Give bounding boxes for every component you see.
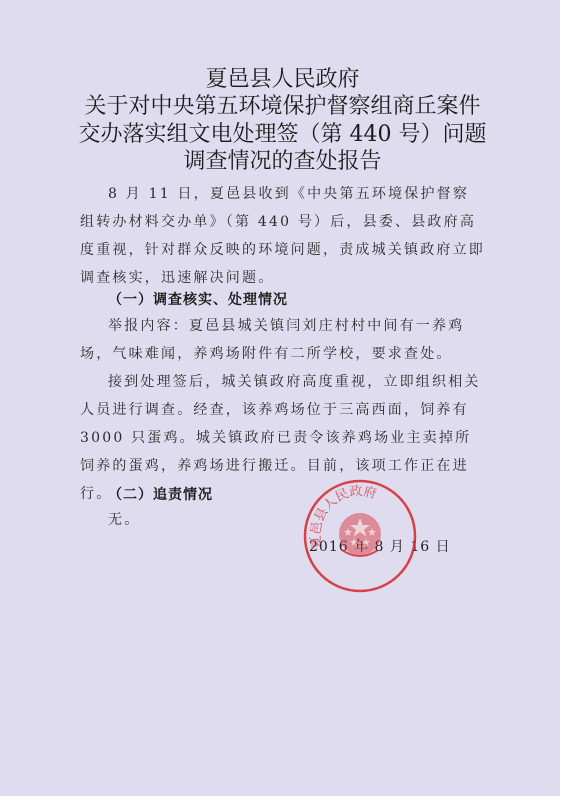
document-title-line-2: 关于对中央第五环境保护督察组商丘案件 <box>0 93 565 120</box>
section-1-heading: （一）调查核实、处理情况 <box>108 289 288 309</box>
section-2-heading: （二）追责情况 <box>108 484 213 504</box>
intro-paragraph: 8 月 11 日，夏邑县收到《中央第五环境保护督察组转办材料交办单》（第 440… <box>80 180 485 292</box>
document-title-line-4: 调查情况的查处报告 <box>0 148 565 175</box>
document-title-line-3: 交办落实组文电处理签（第 440 号）问题 <box>0 121 565 148</box>
report-content-paragraph: 举报内容：夏邑县城关镇闫刘庄村村中间有一养鸡场，气味难闻，养鸡场附件有二所学校，… <box>80 312 485 368</box>
document-title-line-1: 夏邑县人民政府 <box>0 66 565 93</box>
document-page: 夏邑县人民政府 关于对中央第五环境保护督察组商丘案件 交办落实组文电处理签（第 … <box>0 0 560 796</box>
document-date: 2016 年 8 月 16 日 <box>309 536 451 556</box>
section-2-content: 无。 <box>80 506 485 534</box>
